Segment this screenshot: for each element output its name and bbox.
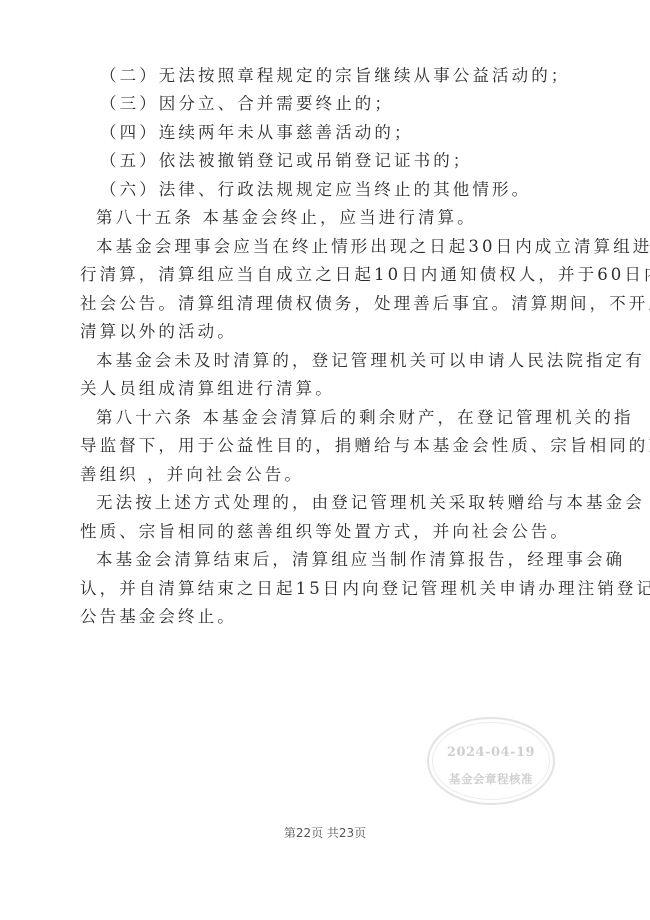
text-line: 清算以外的活动。 bbox=[80, 322, 237, 342]
stamp-label: 基金会章程核准 bbox=[429, 771, 553, 787]
text-line: 第八十五条 本基金会终止，应当进行清算。 bbox=[96, 208, 477, 228]
text-line: （三）因分立、合并需要终止的； bbox=[100, 94, 394, 114]
page-indicator: 第22页 共23页 bbox=[0, 824, 650, 841]
text-line: （二）无法按照章程规定的宗旨继续从事公益活动的； bbox=[100, 66, 570, 86]
text-line: （四）连续两年未从事慈善活动的； bbox=[100, 123, 414, 143]
document-page: （二）无法按照章程规定的宗旨继续从事公益活动的；（三）因分立、合并需要终止的；（… bbox=[0, 0, 650, 920]
text-line: 公告基金会终止。 bbox=[80, 607, 237, 627]
text-line: 无法按上述方式处理的，由登记管理机关采取转赠给与本基金会 bbox=[96, 493, 645, 513]
text-line: 性质、宗旨相同的慈善组织等处置方式，并向社会公告。 bbox=[80, 522, 570, 542]
text-line: 第八十六条 本基金会清算后的剩余财产，在登记管理机关的指 bbox=[96, 408, 634, 428]
stamp-inner-ring bbox=[432, 722, 550, 800]
approval-stamp: 2024-04-19 基金会章程核准 bbox=[427, 717, 555, 805]
text-line: 善组织 ，并向社会公告。 bbox=[80, 465, 304, 485]
text-line: 本基金会清算结束后，清算组应当制作清算报告，经理事会确 bbox=[96, 550, 625, 570]
text-line: 本基金会理事会应当在终止情形出现之日起30日内成立清算组进 bbox=[96, 237, 650, 257]
text-line: 认，并自清算结束之日起15日内向登记管理机关申请办理注销登记， bbox=[80, 579, 650, 599]
text-line: （六）法律、行政法规规定应当终止的其他情形。 bbox=[100, 180, 531, 200]
text-line: 行清算，清算组应当自成立之日起10日内通知债权人，并于60日内向 bbox=[80, 265, 650, 285]
text-line: 关人员组成清算组进行清算。 bbox=[80, 379, 335, 399]
text-line: 本基金会未及时清算的，登记管理机关可以申请人民法院指定有 bbox=[96, 351, 645, 371]
stamp-date: 2024-04-19 bbox=[429, 745, 553, 760]
text-line: 社会公告。清算组清理债权债务，处理善后事宜。清算期间，不开展 bbox=[80, 294, 650, 314]
text-line: （五）依法被撤销登记或吊销登记证书的； bbox=[100, 151, 472, 171]
text-line: 导监督下，用于公益性目的，捐赠给与本基金会性质、宗旨相同的慈 bbox=[80, 436, 650, 456]
